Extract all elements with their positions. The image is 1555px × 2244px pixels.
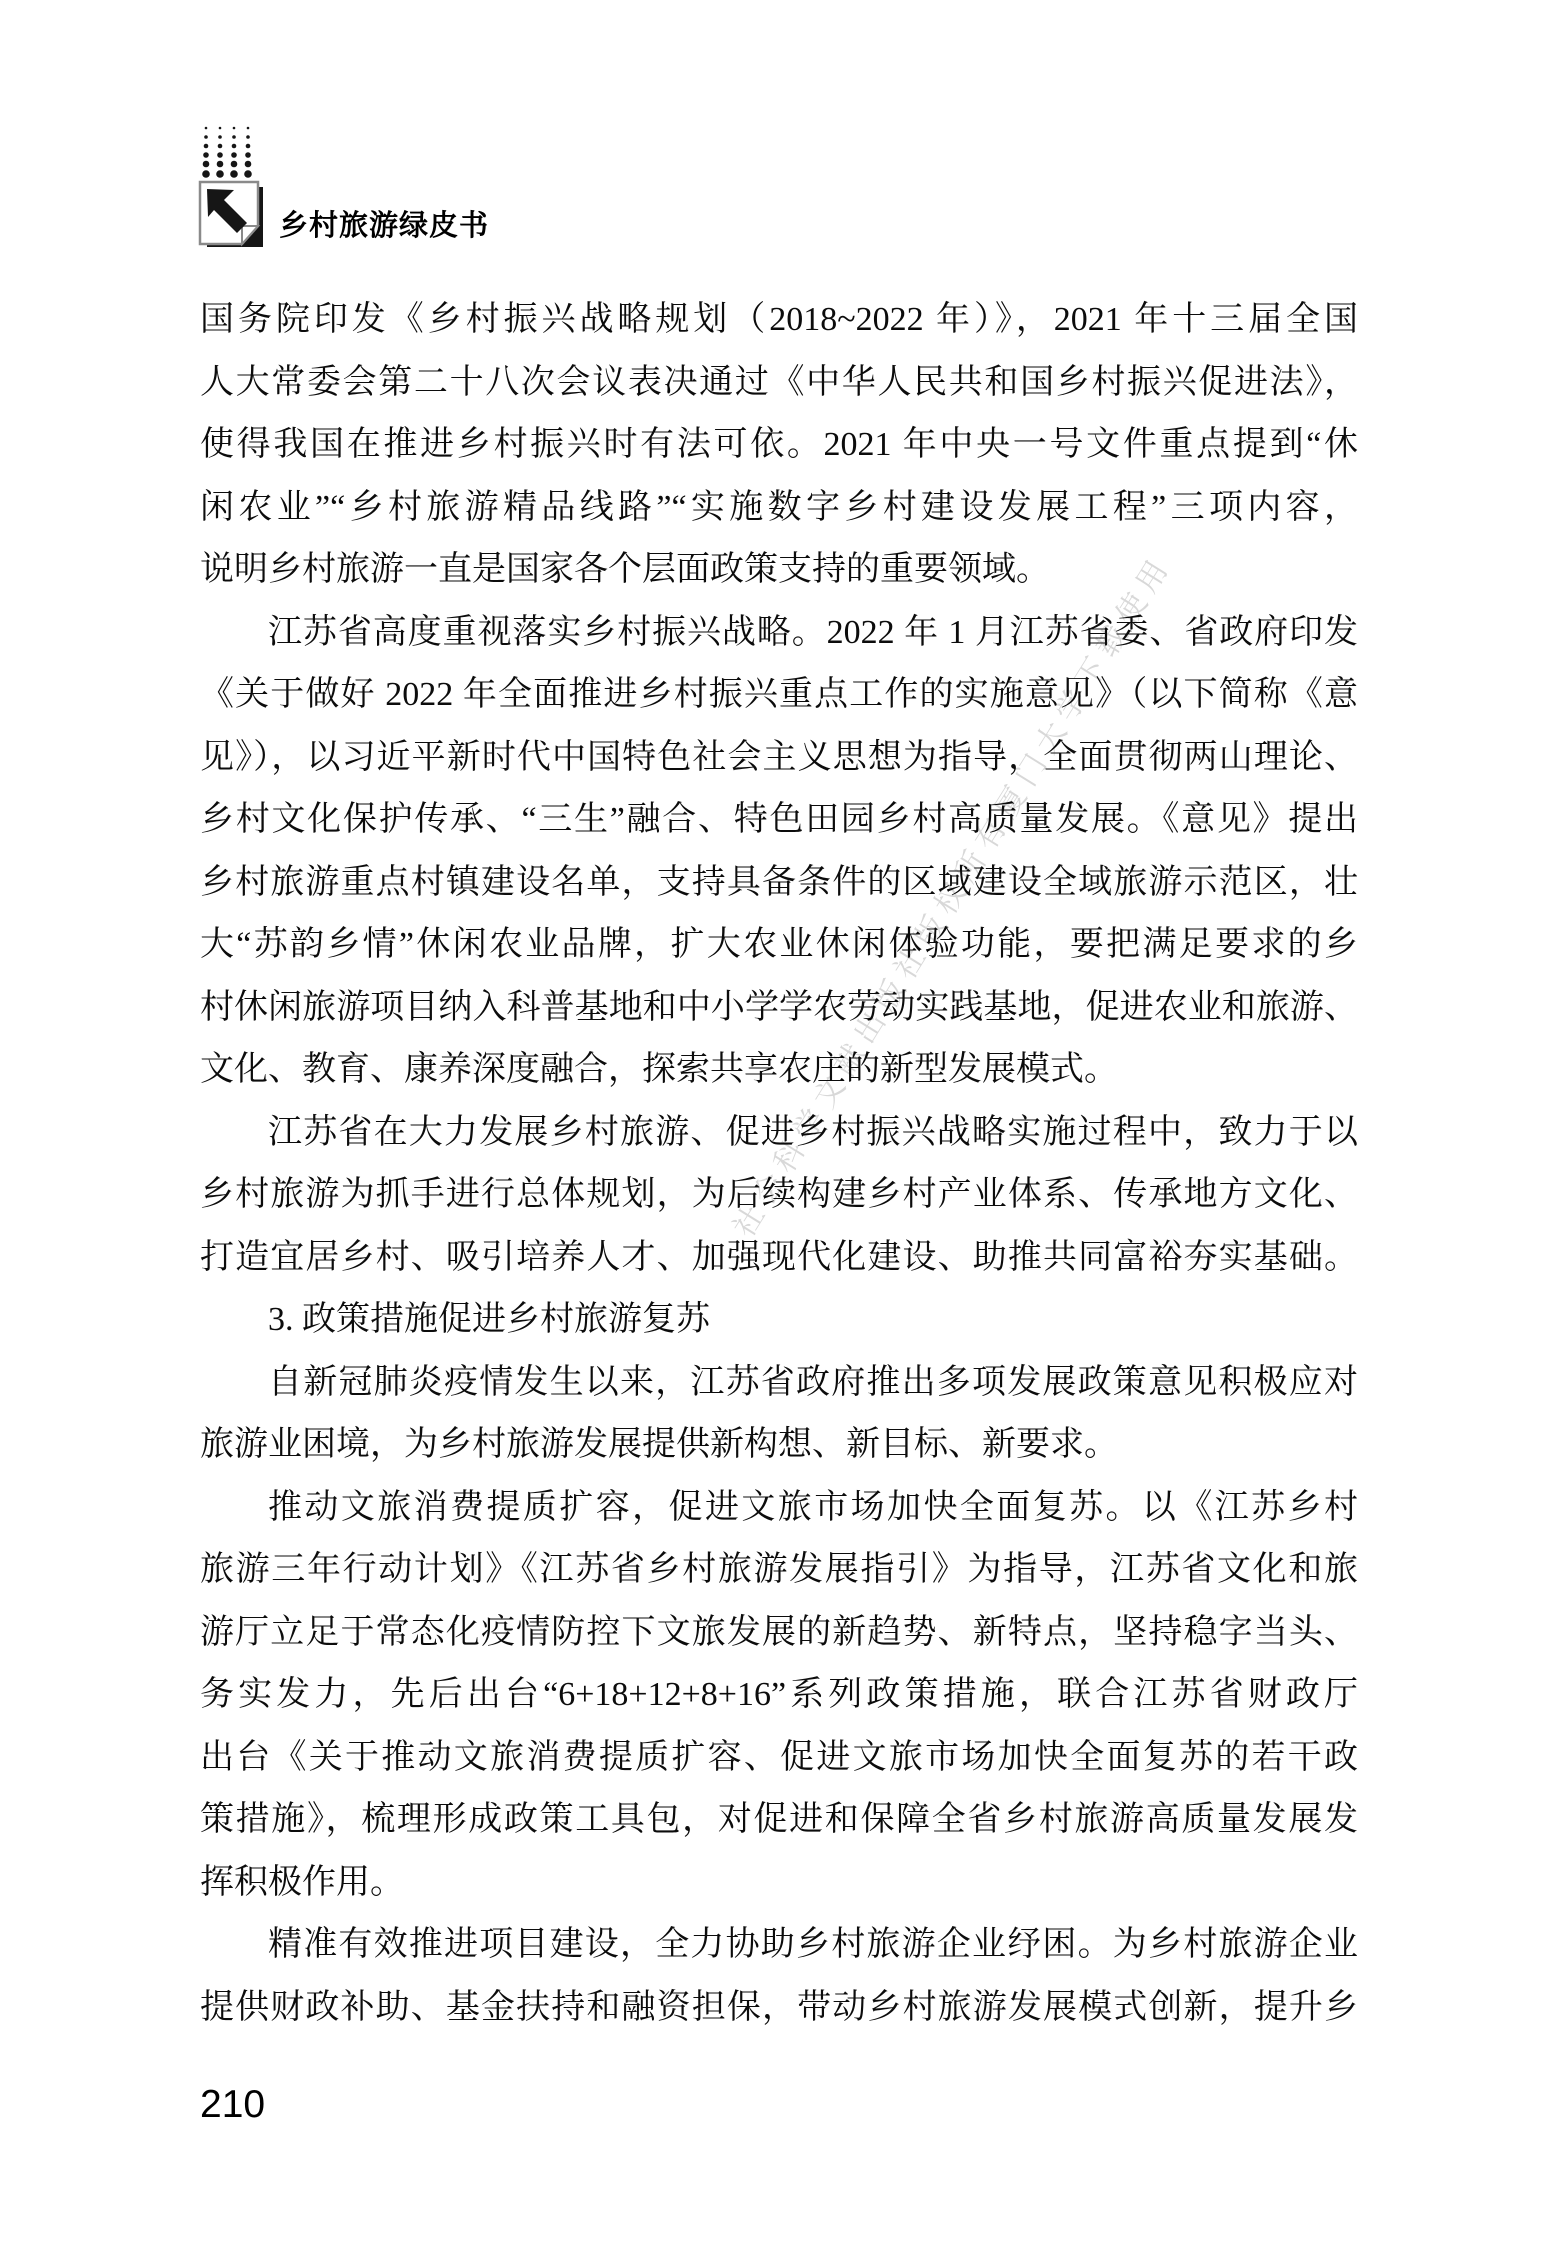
text-line: 见》），以习近平新时代中国特色社会主义思想为指导，全面贯彻两山理论、: [200, 727, 1358, 790]
section-heading: 3. 政策措施促进乡村旅游复苏: [200, 1289, 1358, 1352]
text-line: 打造宜居乡村、吸引培养人才、加强现代化建设、助推共同富裕夯实基础。: [200, 1227, 1358, 1290]
text-line: 策措施》，梳理形成政策工具包，对促进和保障全省乡村旅游高质量发展发: [200, 1789, 1358, 1852]
text-line: 人大常委会第二十八次会议表决通过《中华人民共和国乡村振兴促进法》，: [200, 352, 1358, 415]
document-arrow-logo-icon: [197, 179, 269, 253]
text-line: 乡村旅游为抓手进行总体规划，为后续构建乡村产业体系、传承地方文化、: [200, 1164, 1358, 1227]
text-line: 文化、教育、康养深度融合，探索共享农庄的新型发展模式。: [200, 1039, 1358, 1102]
paragraph: 推动文旅消费提质扩容，促进文旅市场加快全面复苏。以《江苏乡村旅游三年行动计划》《…: [200, 1477, 1358, 1915]
paragraph: 江苏省在大力发展乡村旅游、促进乡村振兴战略实施过程中，致力于以乡村旅游为抓手进行…: [200, 1102, 1358, 1290]
paragraph: 自新冠肺炎疫情发生以来，江苏省政府推出多项发展政策意见积极应对旅游业困境，为乡村…: [200, 1352, 1358, 1477]
text-line: 村休闲旅游项目纳入科普基地和中小学学农劳动实践基地，促进农业和旅游、: [200, 977, 1358, 1040]
text-line: 挥积极作用。: [200, 1852, 1358, 1915]
text-line: 乡村旅游重点村镇建设名单，支持具备条件的区域建设全域旅游示范区，壮: [200, 852, 1358, 915]
text-line: 提供财政补助、基金扶持和融资担保，带动乡村旅游发展模式创新，提升乡: [200, 1977, 1358, 2040]
text-line: 闲农业”“乡村旅游精品线路”“实施数字乡村建设发展工程”三项内容，: [200, 477, 1358, 540]
text-line: 3. 政策措施促进乡村旅游复苏: [200, 1289, 1358, 1352]
book-series-title: 乡村旅游绿皮书: [279, 203, 489, 244]
paragraph: 国务院印发《乡村振兴战略规划（2018~2022 年）》，2021 年十三届全国…: [200, 289, 1358, 602]
logo-dots-icon: [201, 124, 255, 180]
text-line: 使得我国在推进乡村振兴时有法可依。2021 年中央一号文件重点提到“休: [200, 414, 1358, 477]
text-line: 务实发力，先后出台“6+18+12+8+16”系列政策措施，联合江苏省财政厅: [200, 1664, 1358, 1727]
body-text: 国务院印发《乡村振兴战略规划（2018~2022 年）》，2021 年十三届全国…: [200, 289, 1358, 2039]
text-line: 旅游三年行动计划》《江苏省乡村旅游发展指引》为指导，江苏省文化和旅: [200, 1539, 1358, 1602]
text-line: 乡村文化保护传承、“三生”融合、特色田园乡村高质量发展。《意见》提出: [200, 789, 1358, 852]
text-line: 精准有效推进项目建设，全力协助乡村旅游企业纾困。为乡村旅游企业: [200, 1914, 1358, 1977]
text-line: 游厅立足于常态化疫情防控下文旅发展的新趋势、新特点，坚持稳字当头、: [200, 1602, 1358, 1665]
text-line: 出台《关于推动文旅消费提质扩容、促进文旅市场加快全面复苏的若干政: [200, 1727, 1358, 1790]
paragraph: 精准有效推进项目建设，全力协助乡村旅游企业纾困。为乡村旅游企业提供财政补助、基金…: [200, 1914, 1358, 2039]
text-line: 江苏省高度重视落实乡村振兴战略。2022 年 1 月江苏省委、省政府印发: [200, 602, 1358, 665]
text-line: 推动文旅消费提质扩容，促进文旅市场加快全面复苏。以《江苏乡村: [200, 1477, 1358, 1540]
text-line: 大“苏韵乡情”休闲农业品牌，扩大农业休闲体验功能，要把满足要求的乡: [200, 914, 1358, 977]
book-page: 乡村旅游绿皮书 社会科学文献出版社版权所有厦门大学下载使用 国务院印发《乡村振兴…: [0, 0, 1555, 2244]
text-line: 国务院印发《乡村振兴战略规划（2018~2022 年）》，2021 年十三届全国: [200, 289, 1358, 352]
text-line: 说明乡村旅游一直是国家各个层面政策支持的重要领域。: [200, 539, 1358, 602]
text-line: 《关于做好 2022 年全面推进乡村振兴重点工作的实施意见》（以下简称《意: [200, 664, 1358, 727]
page-number: 210: [200, 2083, 265, 2127]
text-line: 旅游业困境，为乡村旅游发展提供新构想、新目标、新要求。: [200, 1414, 1358, 1477]
paragraph: 江苏省高度重视落实乡村振兴战略。2022 年 1 月江苏省委、省政府印发《关于做…: [200, 602, 1358, 1102]
text-line: 自新冠肺炎疫情发生以来，江苏省政府推出多项发展政策意见积极应对: [200, 1352, 1358, 1415]
text-line: 江苏省在大力发展乡村旅游、促进乡村振兴战略实施过程中，致力于以: [200, 1102, 1358, 1165]
